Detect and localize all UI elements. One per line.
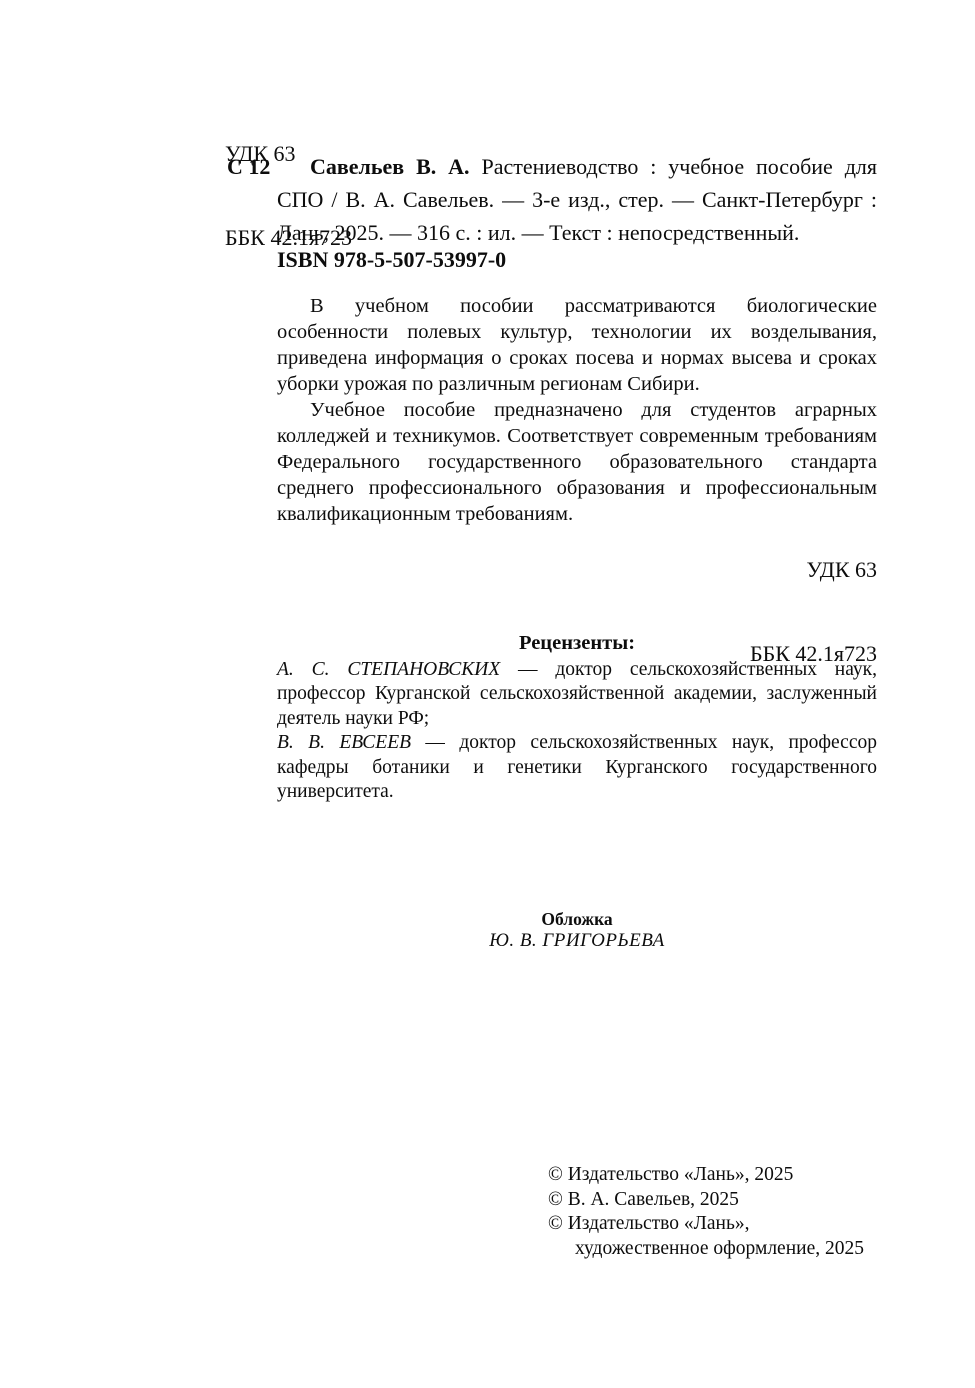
- annotation-paragraph-1: В учебном пособии рассматриваются биолог…: [277, 293, 877, 397]
- reviewers-section: Рецензенты: А. С. СТЕПАНОВСКИХ — доктор …: [277, 631, 877, 805]
- reviewer-name: В. В. ЕВСЕЕВ: [277, 732, 411, 753]
- author-sign: С 12: [227, 150, 270, 183]
- copyright-line: © Издательство «Лань», 2025: [548, 1163, 864, 1188]
- udk-right-line: УДК 63: [277, 556, 877, 584]
- reviewers-heading: Рецензенты:: [277, 631, 877, 656]
- cover-credit-block: Обложка Ю. В. ГРИГОРЬЕВА: [277, 908, 877, 952]
- isbn-line: ISBN 978-5-507-53997-0: [277, 247, 506, 273]
- copyright-block: © Издательство «Лань», 2025 © В. А. Саве…: [548, 1163, 864, 1261]
- biblio-author: Савельев В. А.: [310, 154, 470, 179]
- cover-credit-label: Обложка: [277, 908, 877, 930]
- copyright-line: © Издательство «Лань»,: [548, 1212, 864, 1237]
- reviewer-name: А. С. СТЕПАНОВСКИХ: [277, 659, 500, 680]
- bibliographic-record: С 12 Савельев В. А. Растениеводство : уч…: [277, 150, 877, 249]
- copyright-line: © В. А. Савельев, 2025: [548, 1188, 864, 1213]
- copyright-line-continuation: художественное оформление, 2025: [548, 1237, 864, 1262]
- cover-designer-name: Ю. В. ГРИГОРЬЕВА: [277, 930, 877, 952]
- annotation-block: В учебном пособии рассматриваются биолог…: [277, 293, 877, 527]
- reviewer-entry: А. С. СТЕПАНОВСКИХ — доктор сельскохозяй…: [277, 658, 877, 732]
- biblio-paragraph: Савельев В. А. Растениеводство : учебное…: [277, 150, 877, 249]
- book-imprint-page: УДК 63 ББК 42.1я723 С 12 Савельев В. А. …: [0, 0, 975, 1388]
- reviewer-entry: В. В. ЕВСЕЕВ — доктор сельскохозяйственн…: [277, 731, 877, 805]
